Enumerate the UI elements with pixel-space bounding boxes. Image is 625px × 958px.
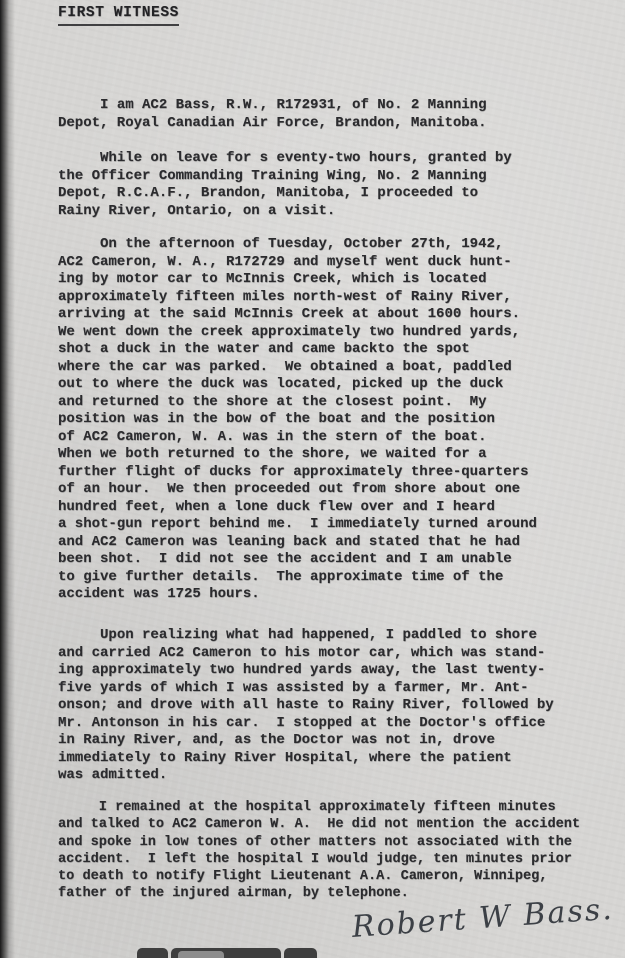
statement-paragraph-hospital: I remained at the hospital approximately…: [58, 799, 580, 903]
viewer-toolbar-left-button[interactable]: [137, 948, 168, 958]
zoom-slider-handle-icon[interactable]: [178, 951, 224, 958]
statement-paragraph-incident: On the afternoon of Tuesday, October 27t…: [58, 236, 537, 604]
viewer-toolbar-right-button[interactable]: [284, 948, 317, 958]
document-viewer: FIRST WITNESS I am AC2 Bass, R.W., R1729…: [0, 0, 625, 958]
statement-paragraph-rescue: Upon realizing what had happened, I padd…: [58, 627, 554, 785]
statement-paragraph-leave: While on leave for s eventy-two hours, g…: [58, 150, 512, 220]
statement-paragraph-identity: I am AC2 Bass, R.W., R172931, of No. 2 M…: [58, 97, 486, 132]
witness-heading: FIRST WITNESS: [58, 5, 179, 26]
page-edge-shadow: [0, 0, 15, 958]
viewer-zoom-control[interactable]: [171, 948, 281, 958]
